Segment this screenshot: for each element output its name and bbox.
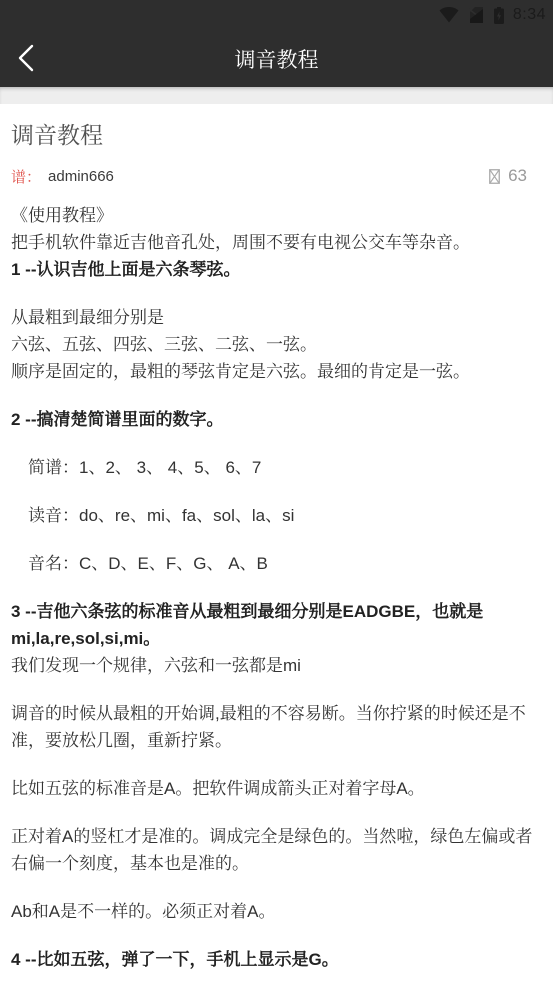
paragraph: 简谱：1、2、 3、 4、5、 6、7: [11, 454, 542, 481]
paragraph: 调音的时候从最粗的开始调,最粗的不容易断。当你拧紧的时候还是不准，要放松几圈，重…: [11, 700, 542, 754]
score-label: 谱：: [11, 166, 41, 187]
paragraph-line: 读音：do、re、mi、fa、sol、la、si: [11, 502, 542, 529]
content: 调音教程 谱： admin666 63 《使用教程》把手机软件靠近吉他音孔处，周…: [0, 104, 553, 973]
paragraph-heading-line: 1 --认识吉他上面是六条琴弦。: [11, 256, 542, 283]
paragraph-line: 顺序是固定的，最粗的琴弦肯定是六弦。最细的肯定是一弦。: [11, 358, 542, 385]
back-button[interactable]: [6, 38, 46, 78]
nav-bar: 调音教程: [0, 30, 553, 87]
paragraph-line: 音名：C、D、E、F、G、 A、B: [11, 550, 542, 577]
paragraph-line: 正对着A的竖杠才是准的。调成完全是绿色的。当然啦，绿色左偏或者右偏一个刻度，基本…: [11, 823, 542, 877]
paragraph-line: 从最粗到最细分别是: [11, 304, 542, 331]
paragraph-heading-line: 3 --吉他六条弦的标准音从最粗到最细分别是EADGBE，也就是mi,la,re…: [11, 598, 542, 652]
missing-glyph-tofu-icon: [489, 169, 500, 184]
author-row: 谱： admin666: [11, 166, 114, 187]
paragraph-line: Ab和A是不一样的。必须正对着A。: [11, 898, 542, 925]
wifi-icon: [439, 7, 459, 23]
status-bar: 8:34: [0, 0, 553, 30]
screen: 8:34 调音教程 调音教程 谱： admin666 63: [0, 0, 553, 983]
status-clock: 8:34: [513, 6, 546, 24]
paragraph: 2 --搞清楚简谱里面的数字。: [11, 406, 542, 433]
author-name: admin666: [48, 168, 114, 185]
paragraph-line: 比如五弦的标准音是A。把软件调成箭头正对着字母A。: [11, 775, 542, 802]
divider-strip: [0, 87, 553, 104]
paragraph-line: 把手机软件靠近吉他音孔处，周围不要有电视公交车等杂音。: [11, 229, 542, 256]
view-count-group: 63: [489, 166, 527, 186]
paragraph: 读音：do、re、mi、fa、sol、la、si: [11, 502, 542, 529]
view-count: 63: [508, 166, 527, 186]
paragraph: 音名：C、D、E、F、G、 A、B: [11, 550, 542, 577]
no-sim-icon: [468, 7, 485, 23]
paragraph-line: 我们发现一个规律，六弦和一弦都是mi: [11, 652, 542, 679]
paragraph-line: 《使用教程》: [11, 202, 542, 229]
paragraph: 《使用教程》把手机软件靠近吉他音孔处，周围不要有电视公交车等杂音。1 --认识吉…: [11, 202, 542, 283]
nav-bar-title: 调音教程: [0, 44, 553, 74]
chevron-left-icon: [17, 44, 35, 72]
article: 《使用教程》把手机软件靠近吉他音孔处，周围不要有电视公交车等杂音。1 --认识吉…: [11, 202, 542, 973]
paragraph: 从最粗到最细分别是六弦、五弦、四弦、三弦、二弦、一弦。顺序是固定的，最粗的琴弦肯…: [11, 304, 542, 385]
paragraph: 3 --吉他六条弦的标准音从最粗到最细分别是EADGBE，也就是mi,la,re…: [11, 598, 542, 679]
paragraph-heading-line: 4 --比如五弦，弹了一下，手机上显示是G。: [11, 946, 542, 973]
paragraph: Ab和A是不一样的。必须正对着A。: [11, 898, 542, 925]
paragraph-line: 简谱：1、2、 3、 4、5、 6、7: [11, 454, 542, 481]
paragraph: 正对着A的竖杠才是准的。调成完全是绿色的。当然啦，绿色左偏或者右偏一个刻度，基本…: [11, 823, 542, 877]
paragraph-heading-line: 2 --搞清楚简谱里面的数字。: [11, 406, 542, 433]
paragraph-line: 调音的时候从最粗的开始调,最粗的不容易断。当你拧紧的时候还是不准，要放松几圈，重…: [11, 700, 542, 754]
paragraph-line: 六弦、五弦、四弦、三弦、二弦、一弦。: [11, 331, 542, 358]
paragraph: 比如五弦的标准音是A。把软件调成箭头正对着字母A。: [11, 775, 542, 802]
page-title: 调音教程: [11, 122, 542, 149]
battery-charging-icon: [494, 7, 504, 24]
meta-row: 谱： admin666 63: [11, 166, 542, 186]
paragraph: 4 --比如五弦，弹了一下，手机上显示是G。: [11, 946, 542, 973]
